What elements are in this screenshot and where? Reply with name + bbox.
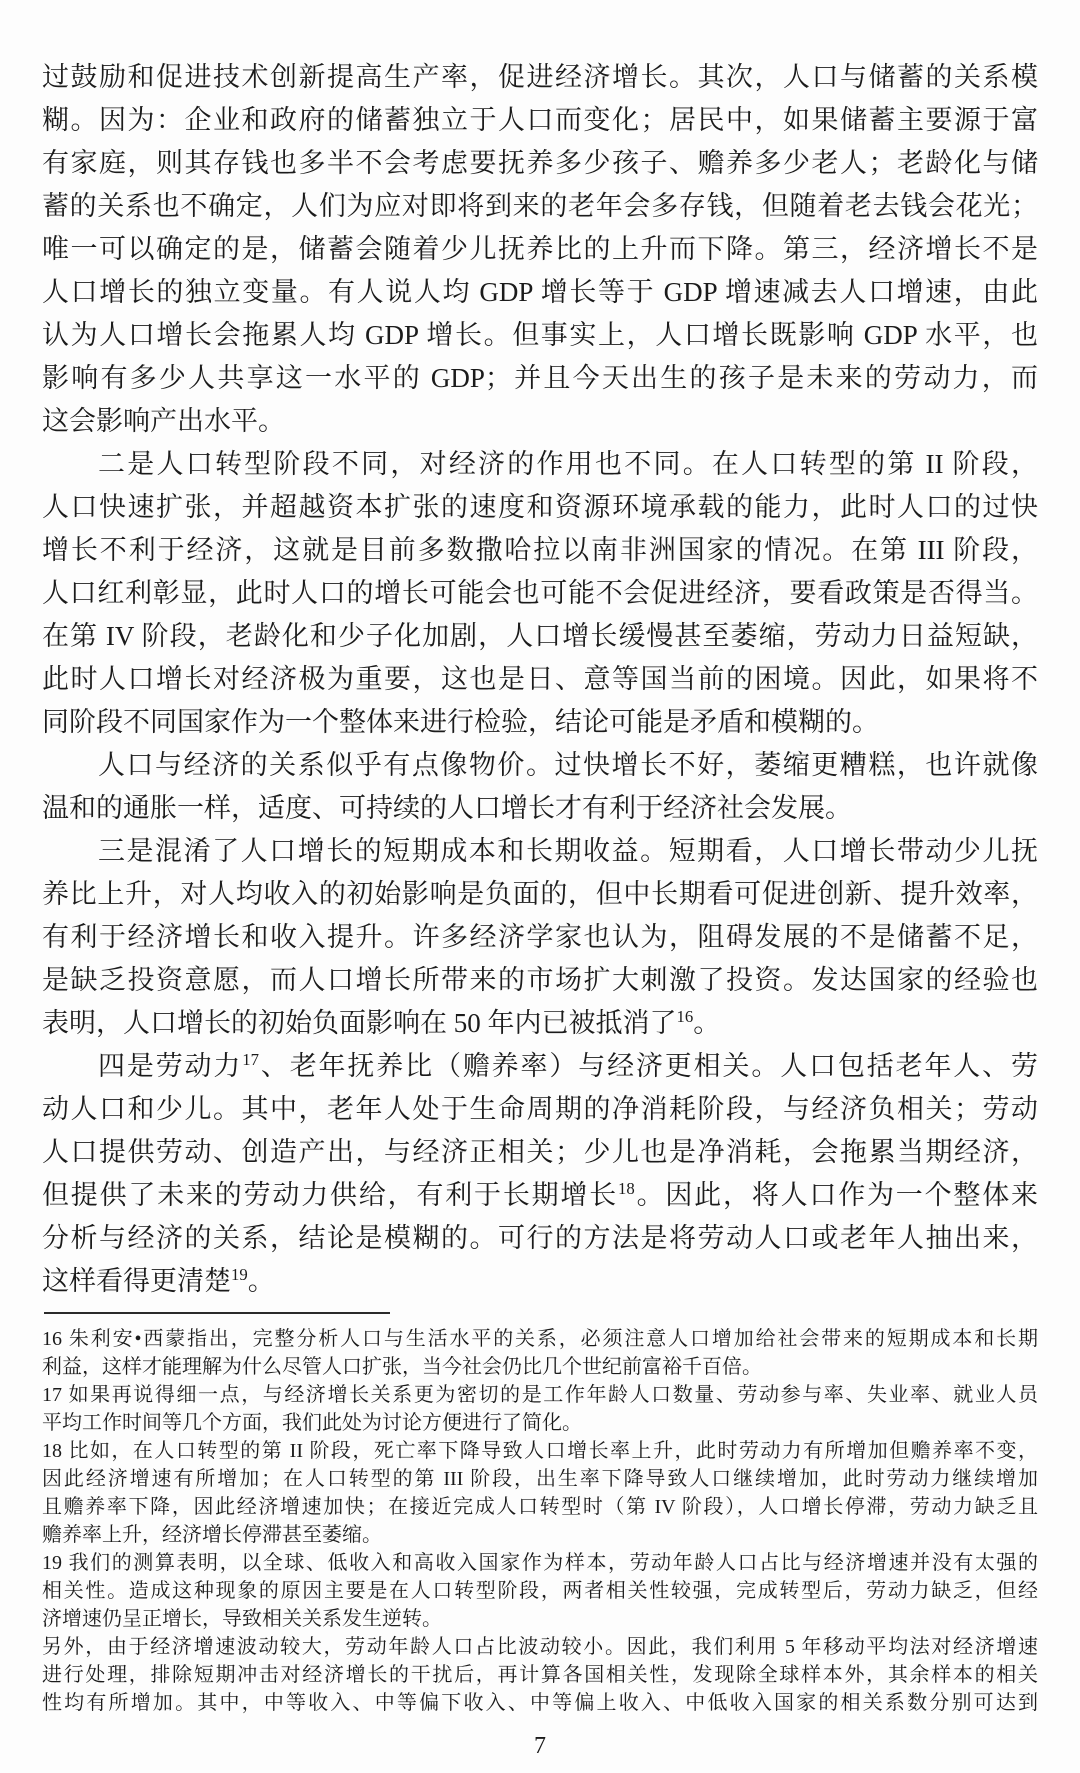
body-line: 人口提供劳动、创造产出，与经济正相关；少儿也是净消耗，会拖累当期经济， (42, 1131, 1038, 1174)
footnote-separator (44, 1312, 390, 1314)
body-line: 人口增长的独立变量。有人说人均 GDP 增长等于 GDP 增速减去人口增速，由此 (42, 271, 1038, 314)
footnote-ref: 19 (231, 1265, 248, 1284)
footnote-line: 利益，这样才能理解为什么尽管人口扩张，当今社会仍比几个世纪前富裕千百倍。 (42, 1353, 1038, 1381)
footnote-ref: 17 (242, 1050, 259, 1069)
body-line: 养比上升，对人均收入的初始影响是负面的，但中长期看可促进创新、提升效率， (42, 873, 1038, 916)
body-line: 增长不利于经济，这就是目前多数撒哈拉以南非洲国家的情况。在第 III 阶段， (42, 529, 1038, 572)
body-line: 糊。因为：企业和政府的储蓄独立于人口而变化；居民中，如果储蓄主要源于富 (42, 99, 1038, 142)
body-line: 人口快速扩张，并超越资本扩张的速度和资源环境承载的能力，此时人口的过快 (42, 486, 1038, 529)
footnote-line: 另外，由于经济增速波动较大，劳动年龄人口占比波动较小。因此，我们利用 5 年移动… (42, 1633, 1038, 1661)
body-line: 是缺乏投资意愿，而人口增长所带来的市场扩大刺激了投资。发达国家的经验也 (42, 959, 1038, 1002)
footnote-line: 18 比如，在人口转型的第 II 阶段，死亡率下降导致人口增长率上升，此时劳动力… (42, 1437, 1038, 1465)
footnote-ref: 18 (618, 1179, 635, 1198)
body-line: 有家庭，则其存钱也多半不会考虑要抚养多少孩子、赡养多少老人；老龄化与储 (42, 142, 1038, 185)
footnote-line: 性均有所增加。其中，中等收入、中等偏下收入、中等偏上收入、中低收入国家的相关系数… (42, 1689, 1038, 1717)
body-line: 三是混淆了人口增长的短期成本和长期收益。短期看，人口增长带动少儿抚 (42, 830, 1038, 873)
document-page: 过鼓励和促进技术创新提高生产率，促进经济增长。其次，人口与储蓄的关系模糊。因为：… (0, 0, 1080, 1773)
body-line: 此时人口增长对经济极为重要，这也是日、意等国当前的困境。因此，如果将不 (42, 658, 1038, 701)
body-line: 蓄的关系也不确定，人们为应对即将到来的老年会多存钱，但随着老去钱会花光； (42, 185, 1038, 228)
body-line: 过鼓励和促进技术创新提高生产率，促进经济增长。其次，人口与储蓄的关系模 (42, 56, 1038, 99)
footnote-line: 平均工作时间等几个方面，我们此处为讨论方便进行了简化。 (42, 1409, 1038, 1437)
body-line: 温和的通胀一样，适度、可持续的人口增长才有利于经济社会发展。 (42, 787, 1038, 830)
page-number: 7 (42, 1733, 1038, 1760)
body-line: 有利于经济增长和收入提升。许多经济学家也认为，阻碍发展的不是储蓄不足， (42, 916, 1038, 959)
footnote-line: 济增速仍呈正增长，导致相关关系发生逆转。 (42, 1605, 1038, 1633)
body-line: 二是人口转型阶段不同，对经济的作用也不同。在人口转型的第 II 阶段， (42, 443, 1038, 486)
body-line: 这会影响产出水平。 (42, 400, 1038, 443)
footnotes: 16 朱利安•西蒙指出，完整分析人口与生活水平的关系，必须注意人口增加给社会带来… (42, 1325, 1038, 1717)
body-line: 认为人口增长会拖累人均 GDP 增长。但事实上，人口增长既影响 GDP 水平，也 (42, 314, 1038, 357)
body-line: 分析与经济的关系，结论是模糊的。可行的方法是将劳动人口或老年人抽出来， (42, 1217, 1038, 1260)
footnote-line: 19 我们的测算表明，以全球、低收入和高收入国家作为样本，劳动年龄人口占比与经济… (42, 1549, 1038, 1577)
body-line: 唯一可以确定的是，储蓄会随着少儿抚养比的上升而下降。第三，经济增长不是 (42, 228, 1038, 271)
body-line: 但提供了未来的劳动力供给，有利于长期增长18。因此，将人口作为一个整体来 (42, 1174, 1038, 1217)
footnote-line: 赡养率上升，经济增长停滞甚至萎缩。 (42, 1521, 1038, 1549)
body-line: 人口与经济的关系似乎有点像物价。过快增长不好，萎缩更糟糕，也许就像 (42, 744, 1038, 787)
body-line: 动人口和少儿。其中，老年人处于生命周期的净消耗阶段，与经济负相关；劳动 (42, 1088, 1038, 1131)
body-text: 过鼓励和促进技术创新提高生产率，促进经济增长。其次，人口与储蓄的关系模糊。因为：… (42, 56, 1038, 1303)
body-line: 表明，人口增长的初始负面影响在 50 年内已被抵消了16。 (42, 1002, 1038, 1045)
footnote-line: 且赡养率下降，因此经济增速加快；在接近完成人口转型时（第 IV 阶段），人口增长… (42, 1493, 1038, 1521)
body-line: 同阶段不同国家作为一个整体来进行检验，结论可能是矛盾和模糊的。 (42, 701, 1038, 744)
body-line: 这样看得更清楚19。 (42, 1260, 1038, 1303)
footnote-line: 16 朱利安•西蒙指出，完整分析人口与生活水平的关系，必须注意人口增加给社会带来… (42, 1325, 1038, 1353)
footnote-ref: 16 (677, 1007, 694, 1026)
footnote-line: 17 如果再说得细一点，与经济增长关系更为密切的是工作年龄人口数量、劳动参与率、… (42, 1381, 1038, 1409)
footnote-line: 因此经济增速有所增加；在人口转型的第 III 阶段，出生率下降导致人口继续增加，… (42, 1465, 1038, 1493)
footnote-line: 相关性。造成这种现象的原因主要是在人口转型阶段，两者相关性较强，完成转型后，劳动… (42, 1577, 1038, 1605)
footnote-line: 进行处理，排除短期冲击对经济增长的干扰后，再计算各国相关性，发现除全球样本外，其… (42, 1661, 1038, 1689)
body-line: 人口红利彰显，此时人口的增长可能会也可能不会促进经济，要看政策是否得当。 (42, 572, 1038, 615)
body-line: 四是劳动力17、老年抚养比（赡养率）与经济更相关。人口包括老年人、劳 (42, 1045, 1038, 1088)
body-line: 在第 IV 阶段，老龄化和少子化加剧，人口增长缓慢甚至萎缩，劳动力日益短缺， (42, 615, 1038, 658)
body-line: 影响有多少人共享这一水平的 GDP；并且今天出生的孩子是未来的劳动力，而 (42, 357, 1038, 400)
